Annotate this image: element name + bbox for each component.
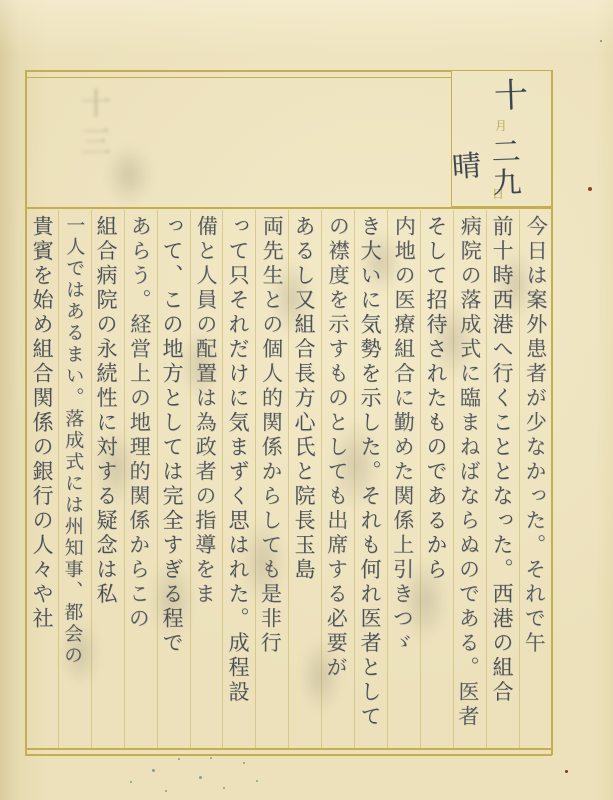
- top-rule-outer: [25, 70, 452, 72]
- handwritten-day: 二九: [488, 135, 522, 198]
- text-column: 一人ではあるまい。落成式には州知事、都会の: [56, 215, 90, 748]
- text-column: 組合病院の永続性に対する疑念は私: [90, 215, 121, 748]
- text-column: 病院の落成式に臨まねばならぬのである。医者: [452, 215, 486, 748]
- bottom-rule-inner: [25, 748, 552, 750]
- text-column: 今日は案外患者が少なかった。それで午: [518, 215, 552, 748]
- text-column: の襟度を示すものとしても出席する必要が: [320, 215, 354, 748]
- text-column: あるし又組合長方心氏と院長玉島: [288, 215, 319, 748]
- handwritten-month: 十: [493, 79, 528, 112]
- bleedthrough-ghost-text: 十三: [70, 88, 114, 164]
- header-bottom-rule: [25, 207, 552, 209]
- text-column: そして招待されたものであるから: [420, 215, 451, 748]
- text-column: あらう。経営上の地理的関係からこの: [122, 215, 156, 748]
- top-rule-inner: [25, 77, 452, 79]
- paper-speck: [588, 187, 592, 191]
- text-column: って、この地方としては完全すぎる程で: [156, 215, 187, 748]
- paper-speck: [600, 40, 602, 42]
- diary-page-scan: 月 日 十 二九 晴 十三 今日は案外患者が少なかった。それで午 前十時西港へ行…: [0, 0, 613, 800]
- text-column: 備と人員の配置は為政者の指導をま: [188, 215, 222, 748]
- handwritten-weather: 晴: [451, 149, 482, 183]
- month-label-printed: 月: [495, 120, 507, 132]
- text-column: 両先生との個人的関係からしても是非行: [254, 215, 288, 748]
- paper-speck: [565, 770, 568, 773]
- text-column: 内地の医療組合に勤めた関係上引きつゞ: [386, 215, 420, 748]
- bottom-rule-outer: [25, 754, 552, 756]
- text-column: 前十時西港へ行くこととなった。西港の組合: [486, 215, 517, 748]
- text-column: 貴賓を始め組合関係の銀行の人々や社: [26, 215, 57, 748]
- text-column: って只それだけに気まずく思はれた。成程設: [222, 215, 253, 748]
- text-column: き大いに気勢を示した。それも何れ医者として: [354, 215, 385, 748]
